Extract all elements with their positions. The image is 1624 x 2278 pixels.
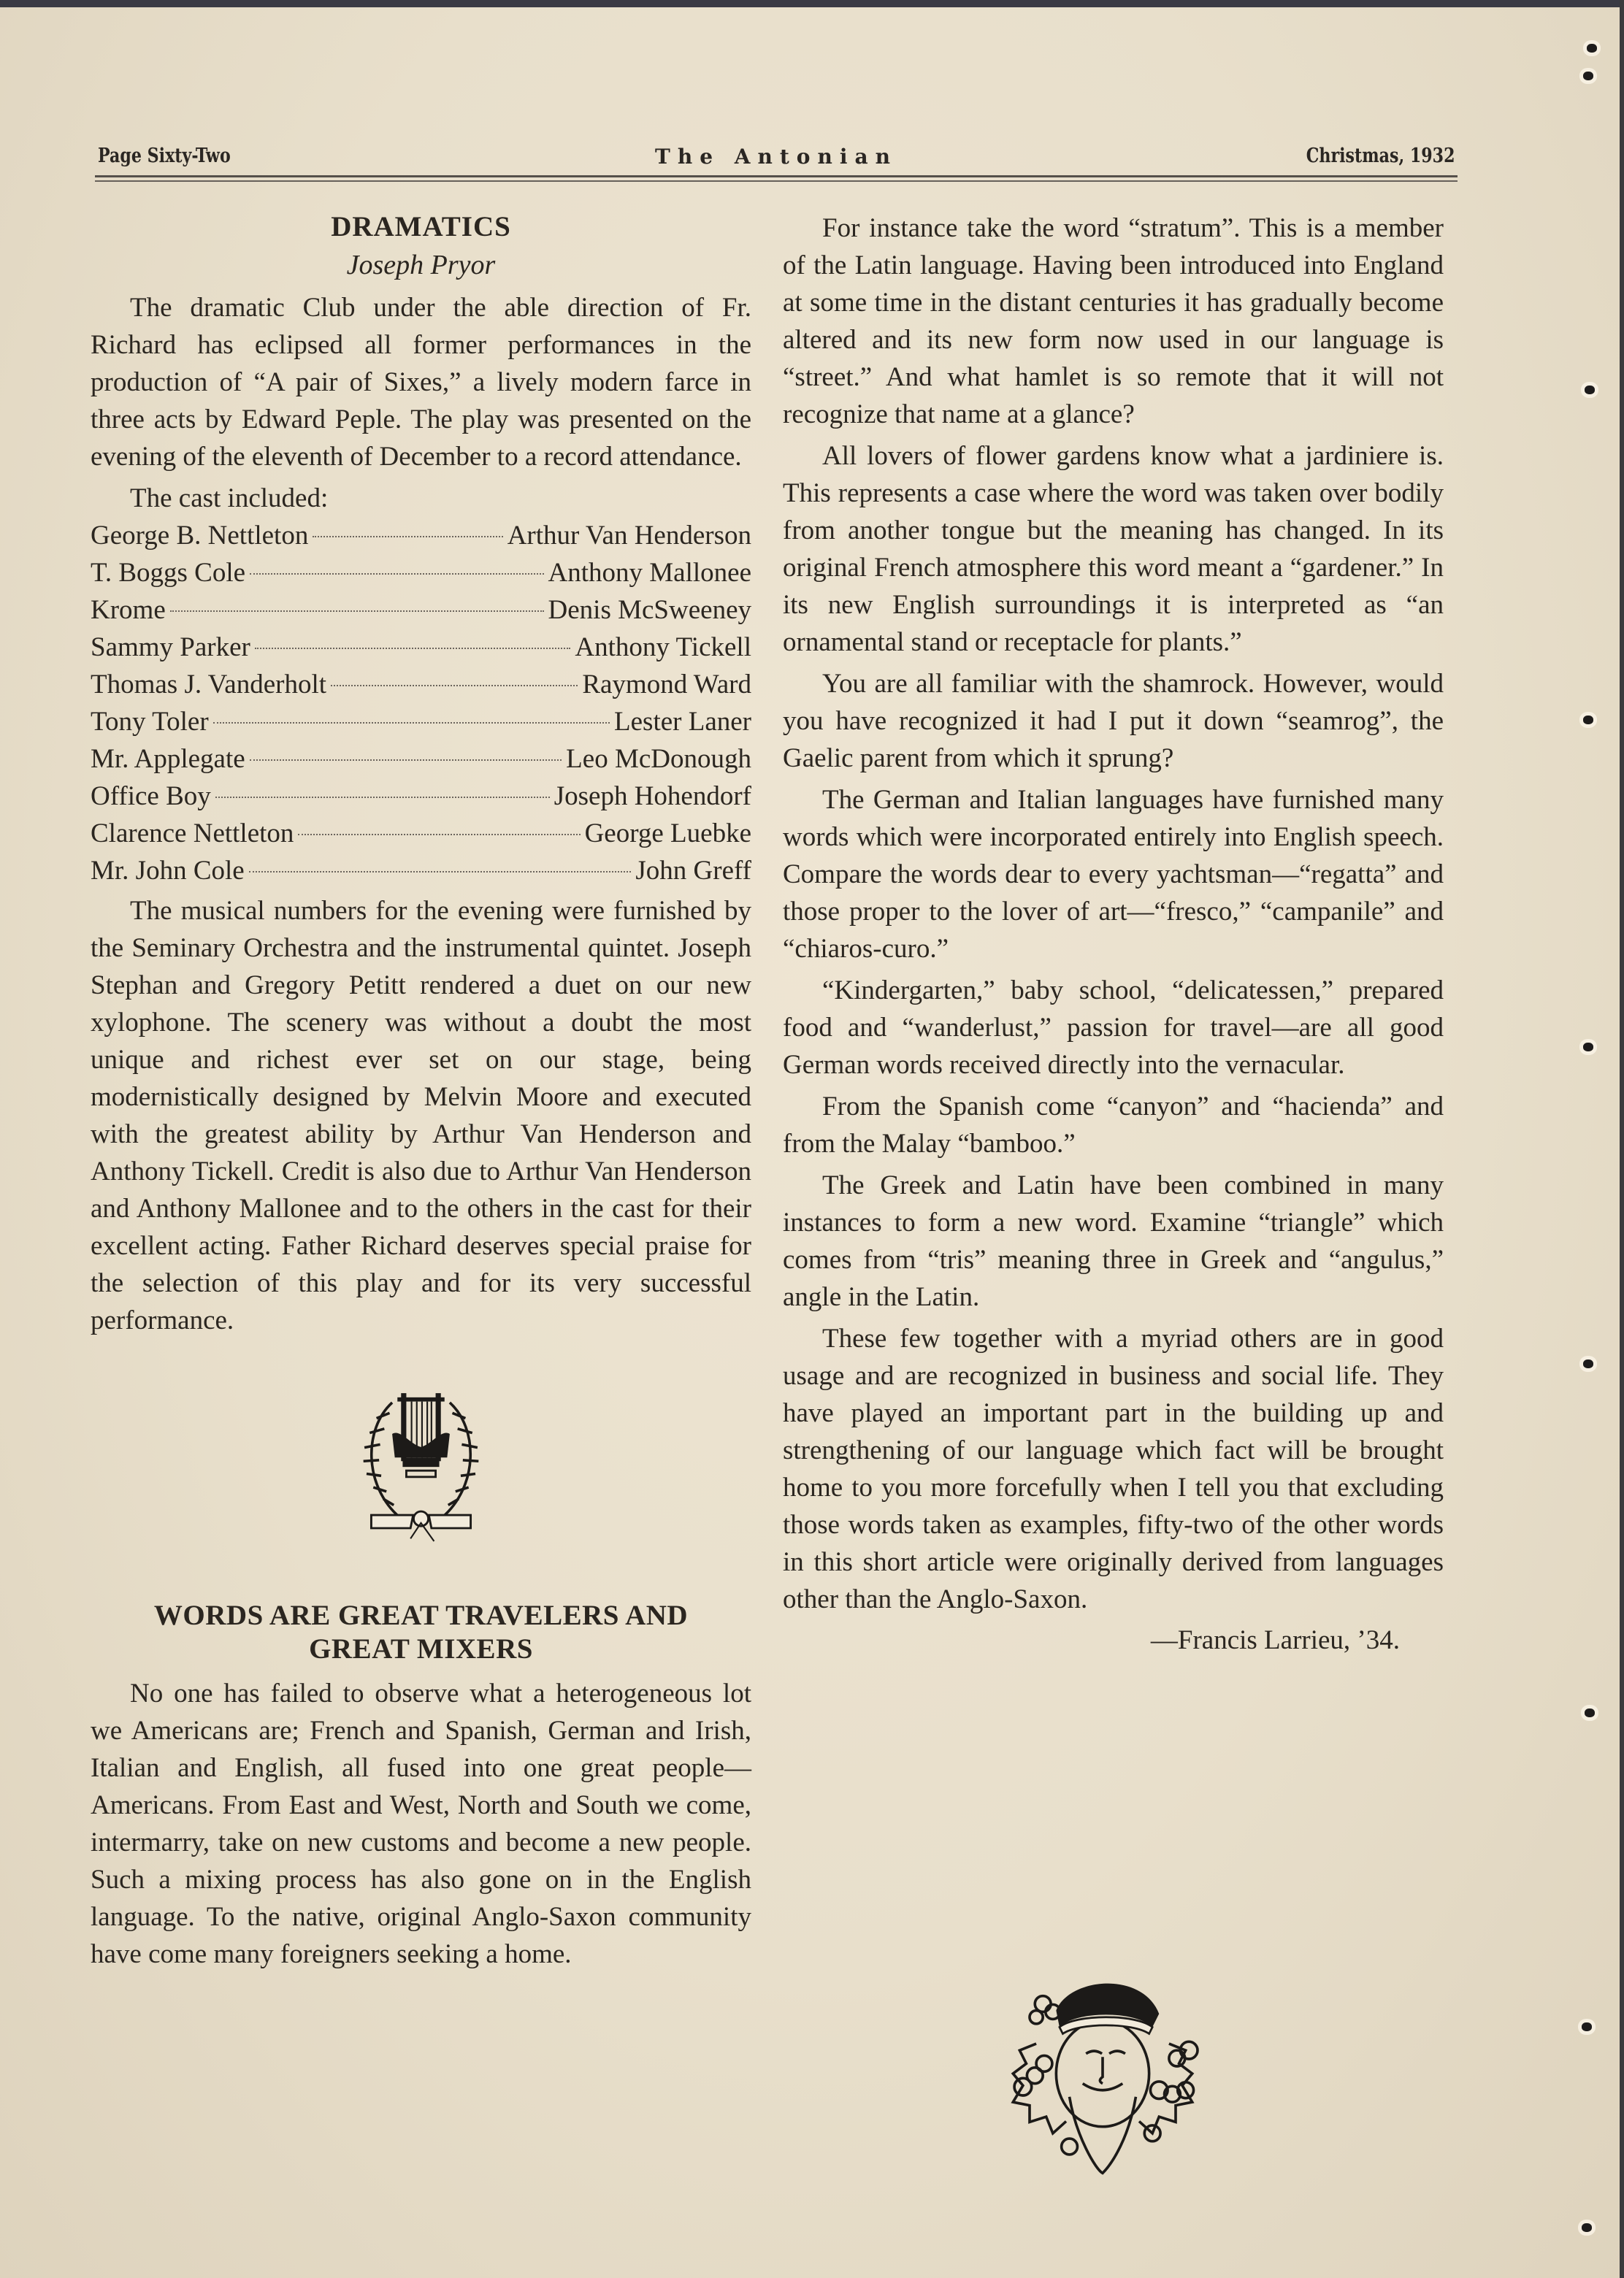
cast-role: Sammy Parker — [91, 629, 250, 666]
cast-actor: Raymond Ward — [582, 666, 751, 703]
dot-leader — [255, 648, 571, 649]
words-paragraph: These few together with a myriad others … — [783, 1320, 1444, 1618]
words-paragraph: You are all familiar with the shamrock. … — [783, 665, 1444, 777]
cast-row: KromeDenis McSweeney — [91, 591, 751, 629]
header-rule — [95, 180, 1458, 182]
cast-role: Office Boy — [91, 778, 211, 815]
binding-hole-icon — [1583, 1043, 1593, 1051]
right-column: For instance take the word “stratum”. Th… — [783, 210, 1444, 1659]
dot-leader — [250, 759, 562, 761]
words-article-title: WORDS ARE GREAT TRAVELERS AND GREAT MIXE… — [91, 1599, 751, 1666]
santa-holly-icon — [993, 1964, 1212, 2183]
scan-top-edge — [0, 0, 1624, 7]
dot-leader — [249, 871, 632, 873]
cast-row: Tony TolerLester Laner — [91, 703, 751, 740]
words-paragraph: The Greek and Latin have been combined i… — [783, 1167, 1444, 1316]
cast-role: Thomas J. Vanderholt — [91, 666, 326, 703]
cast-actor: George Luebke — [585, 815, 751, 852]
header-rule — [95, 175, 1458, 177]
cast-actor: Anthony Tickell — [575, 629, 751, 666]
words-paragraph: The German and Italian languages have fu… — [783, 781, 1444, 967]
article-signature: —Francis Larrieu, ’34. — [783, 1622, 1444, 1659]
binding-hole-icon — [1587, 44, 1597, 53]
binding-hole-icon — [1585, 1708, 1595, 1717]
dot-leader — [170, 610, 544, 612]
cast-list: George B. NettletonArthur Van HendersonT… — [91, 517, 751, 889]
binding-hole-icon — [1582, 2022, 1592, 2031]
cast-role: Mr. Applegate — [91, 740, 245, 778]
dot-leader — [298, 834, 580, 835]
issue-date: Christmas, 1932 — [1306, 145, 1455, 167]
cast-actor: Arthur Van Henderson — [507, 517, 751, 554]
dramatics-title: DRAMATICS — [91, 208, 751, 245]
scan-right-edge — [1620, 0, 1624, 2278]
cast-actor: Denis McSweeney — [548, 591, 751, 629]
binding-hole-icon — [1583, 716, 1593, 724]
cast-row: George B. NettletonArthur Van Henderson — [91, 517, 751, 554]
cast-row: Mr. ApplegateLeo McDonough — [91, 740, 751, 778]
cast-role: Clarence Nettleton — [91, 815, 294, 852]
dot-leader — [213, 722, 610, 724]
cast-actor: John Greff — [635, 852, 751, 889]
cast-role: Krome — [91, 591, 166, 629]
magazine-page: Page Sixty-Two The Antonian Christmas, 1… — [0, 0, 1624, 2278]
cast-actor: Joseph Hohendorf — [554, 778, 751, 815]
cast-role: Mr. John Cole — [91, 852, 245, 889]
dot-leader — [215, 797, 550, 798]
words-title-line: GREAT MIXERS — [309, 1633, 533, 1665]
words-paragraph: From the Spanish come “canyon” and “haci… — [783, 1088, 1444, 1162]
binding-hole-icon — [1583, 72, 1593, 80]
words-paragraph: “Kindergarten,” baby school, “delicatess… — [783, 972, 1444, 1084]
dot-leader — [250, 573, 543, 575]
cast-actor: Leo McDonough — [566, 740, 751, 778]
cast-row: Clarence NettletonGeorge Luebke — [91, 815, 751, 852]
dramatics-paragraph: The musical numbers for the evening were… — [91, 892, 751, 1339]
cast-row: Sammy ParkerAnthony Tickell — [91, 629, 751, 666]
binding-hole-icon — [1585, 386, 1595, 394]
publication-title: The Antonian — [98, 145, 1455, 169]
cast-actor: Lester Laner — [614, 703, 751, 740]
words-paragraph: All lovers of flower gardens know what a… — [783, 437, 1444, 661]
cast-role: George B. Nettleton — [91, 517, 308, 554]
cast-actor: Anthony Mallonee — [548, 554, 751, 591]
dot-leader — [331, 685, 578, 686]
lyre-wreath-icon — [342, 1359, 499, 1571]
cast-intro: The cast included: — [91, 480, 751, 517]
lyre-ornament — [91, 1359, 751, 1579]
running-head: Page Sixty-Two The Antonian Christmas, 1… — [98, 145, 1455, 174]
cast-role: Tony Toler — [91, 703, 209, 740]
words-title-line: WORDS ARE GREAT TRAVELERS AND — [154, 1600, 688, 1631]
words-paragraph: For instance take the word “stratum”. Th… — [783, 210, 1444, 433]
cast-role: T. Boggs Cole — [91, 554, 245, 591]
dramatics-byline: Joseph Pryor — [91, 245, 751, 285]
cast-row: Mr. John ColeJohn Greff — [91, 852, 751, 889]
cast-row: Thomas J. VanderholtRaymond Ward — [91, 666, 751, 703]
cast-row: T. Boggs ColeAnthony Mallonee — [91, 554, 751, 591]
binding-hole-icon — [1582, 2223, 1592, 2232]
left-column: DRAMATICS Joseph Pryor The dramatic Club… — [91, 208, 751, 1977]
binding-hole-icon — [1583, 1359, 1593, 1368]
dramatics-paragraph: The dramatic Club under the able directi… — [91, 289, 751, 475]
cast-row: Office BoyJoseph Hohendorf — [91, 778, 751, 815]
dot-leader — [313, 536, 502, 537]
words-paragraph: No one has failed to observe what a hete… — [91, 1675, 751, 1973]
santa-ornament — [993, 1964, 1227, 2198]
